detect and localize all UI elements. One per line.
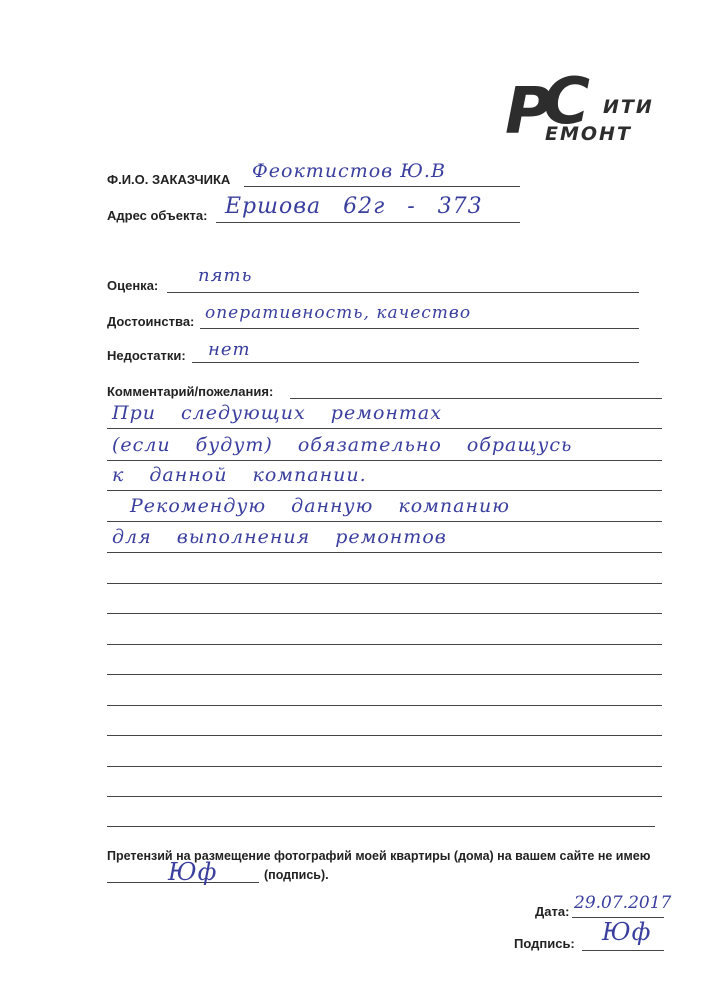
advantages-line [200, 328, 639, 329]
comment-line [107, 705, 662, 706]
customer-value: Феоктистов Ю.В [252, 160, 446, 182]
comment-line [107, 644, 662, 645]
date-label: Дата: [535, 904, 569, 919]
advantages-label: Достоинства: [107, 314, 194, 329]
comment-text: к данной компании. [112, 464, 367, 486]
advantages-value: оперативность, качество [205, 303, 471, 323]
disadvantages-value: нет [208, 339, 251, 360]
disadvantages-label: Недостатки: [107, 348, 186, 363]
address-label: Адрес объекта: [107, 208, 207, 223]
customer-line [244, 186, 520, 187]
comment-line [107, 428, 662, 429]
comments-label: Комментарий/пожелания: [107, 384, 273, 399]
address-value: Ершова 62г - 373 [225, 194, 483, 219]
company-logo: Р С ИТИ ЕМОНТ [505, 70, 675, 150]
logo-word-bottom: ЕМОНТ [545, 125, 632, 144]
comment-line [107, 766, 662, 767]
comment-line [107, 521, 662, 522]
comment-line [107, 552, 662, 553]
disadvantages-line [192, 362, 639, 363]
comment-line [107, 826, 655, 827]
rating-line [167, 292, 639, 293]
comment-text: для выполнения ремонтов [112, 526, 447, 548]
comment-text: (если будут) обязательно обращусь [112, 434, 572, 456]
comments-label-line [290, 398, 662, 399]
signature-value: Юф [602, 918, 651, 946]
comment-line [107, 674, 662, 675]
comment-text: Рекомендую данную компанию [130, 495, 510, 517]
address-line [216, 222, 520, 223]
comment-line [107, 613, 662, 614]
comment-line [107, 583, 662, 584]
signature-line [582, 950, 664, 951]
comment-line [107, 460, 662, 461]
photo-consent-signature: Юф [168, 858, 217, 886]
comment-line [107, 490, 662, 491]
rating-value: пять [198, 265, 252, 286]
signature-label: Подпись: [514, 936, 575, 951]
logo-word-top: ИТИ [603, 98, 654, 117]
signature-caption: (подпись). [264, 868, 329, 882]
customer-label: Ф.И.О. ЗАКАЗЧИКА [107, 172, 230, 187]
comment-text: При следующих ремонтах [112, 402, 442, 424]
rating-label: Оценка: [107, 278, 158, 293]
comment-line [107, 735, 662, 736]
date-value: 29.07.2017 [574, 893, 671, 913]
comment-line [107, 796, 662, 797]
